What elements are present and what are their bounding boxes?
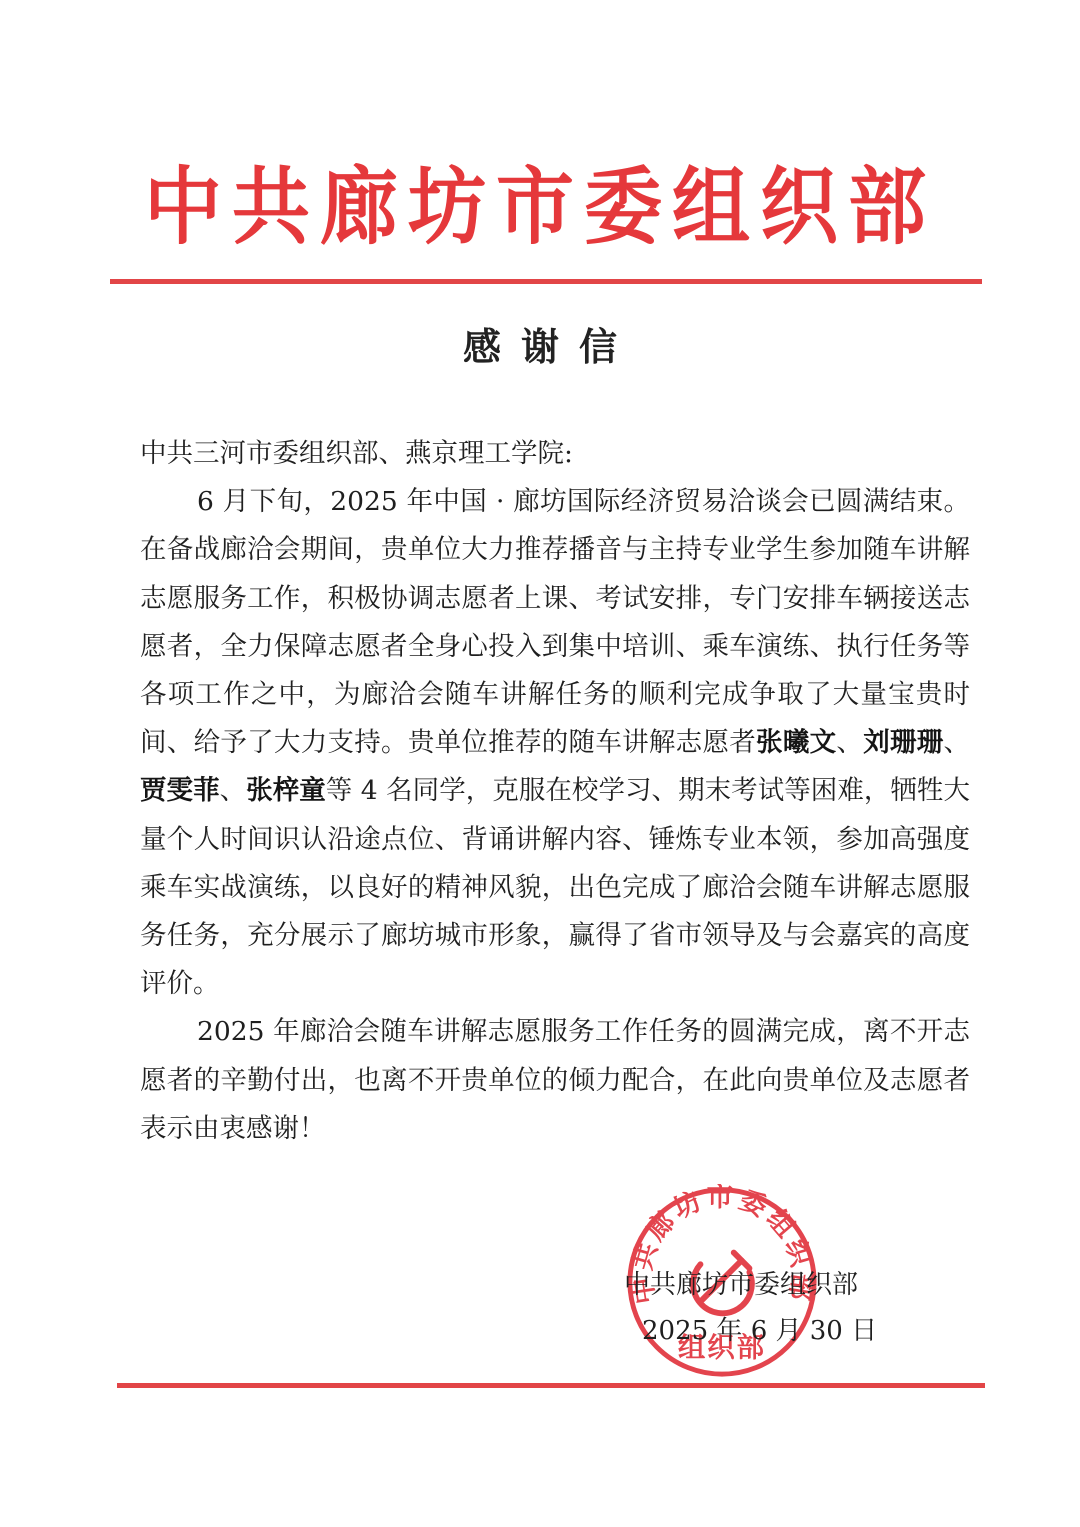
name-separator: 、 [220, 775, 247, 806]
name-separator: 、 [944, 727, 971, 758]
volunteer-name: 张梓童 [246, 775, 326, 806]
volunteer-name: 贾雯菲 [140, 775, 220, 806]
paragraph-1-text-a: 6 月下旬，2025 年中国 · 廊坊国际经济贸易洽谈会已圆满结束。在备战廊洽会… [140, 486, 970, 758]
letterhead-title: 中共廊坊市委组织部 [0, 154, 1080, 262]
volunteer-name: 刘珊珊 [863, 727, 943, 758]
signature-block: 中共廊坊市委组织部 2025 年 6 月 30 日 [624, 1262, 904, 1354]
paragraph-1: 6 月下旬，2025 年中国 · 廊坊国际经济贸易洽谈会已圆满结束。在备战廊洽会… [140, 478, 970, 1008]
name-separator: 、 [836, 727, 863, 758]
signature-organization: 中共廊坊市委组织部 [624, 1262, 904, 1308]
footer-rule [117, 1383, 985, 1388]
letter-body: 中共三河市委组织部、燕京理工学院: 6 月下旬，2025 年中国 · 廊坊国际经… [140, 430, 970, 1153]
signature-date: 2025 年 6 月 30 日 [624, 1308, 904, 1354]
letterhead-rule-top [110, 279, 982, 284]
salutation: 中共三河市委组织部、燕京理工学院: [140, 430, 970, 478]
paragraph-1-text-b: 等 4 名同学，克服在校学习、期末考试等困难，牺牲大量个人时间识认沿途点位、背诵… [140, 775, 970, 999]
volunteer-name: 张曦文 [756, 727, 836, 758]
document-title: 感谢信 [0, 322, 1080, 372]
paragraph-2: 2025 年廊洽会随车讲解志愿服务工作任务的圆满完成，离不开志愿者的辛勤付出，也… [140, 1008, 970, 1153]
